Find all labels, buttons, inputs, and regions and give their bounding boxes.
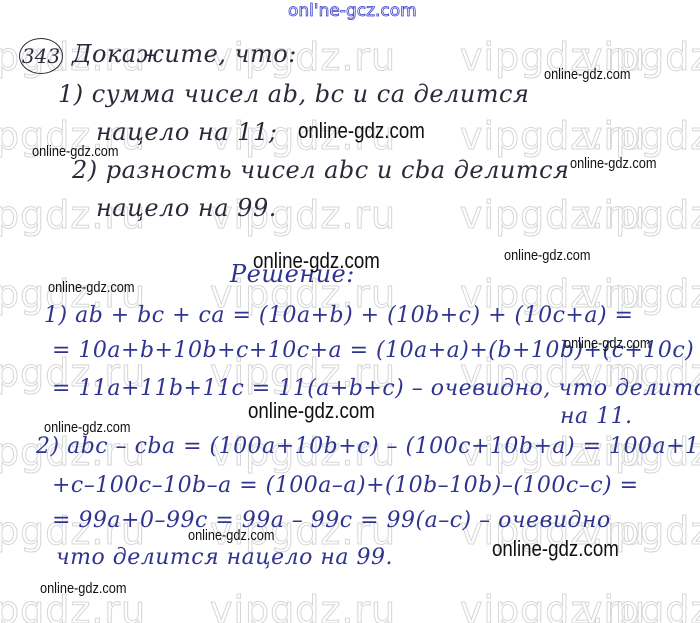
site-watermark: online-gdz.com (544, 67, 630, 82)
site-watermark: online-gdz.com (48, 280, 134, 295)
solution-line-5: 2) abc – cba = (100a+10b+c) – (100c+10b+… (36, 436, 700, 458)
problem-number-text: 343 (22, 44, 60, 68)
site-watermark: online-gdz.com (504, 248, 590, 263)
homework-page: vipgdz.ruvipgdz.ruvipgdz.ruvipgdz.ruvipg… (0, 0, 700, 623)
solution-line-4: на 11. (560, 406, 633, 428)
site-watermark: online-gdz.com (44, 420, 130, 435)
problem-item-2b: нацело на 99. (96, 196, 277, 220)
site-watermark: online-gdz.com (492, 538, 619, 560)
site-watermark: online-gdz.com (253, 250, 380, 272)
problem-item-1a: 1) сумма чисел ab, bc и ca делится (58, 82, 529, 106)
top-watermark: onl'ne-gcz.com (288, 3, 417, 20)
site-watermark: online-gdz.com (40, 581, 126, 596)
tile-watermark: vipgdz.ru (580, 117, 700, 155)
site-watermark: online-gdz.com (32, 144, 118, 159)
problem-item-2a: 2) разность чисел abc и cba делится (72, 158, 569, 182)
tile-watermark: vipgdz.ru (580, 591, 700, 623)
solution-line-8: что делится нацело на 99. (56, 547, 393, 569)
tile-watermark: vipgdz.ru (210, 591, 396, 623)
solution-line-6: +c–100c–10b–a = (100a–a)+(10b–10b)–(100c… (52, 475, 639, 497)
problem-number: 343 (19, 38, 63, 74)
solution-line-3: = 11a+11b+11c = 11(a+b+c) – очевидно, чт… (52, 378, 700, 400)
tile-watermark: vipgdz.ru (580, 196, 700, 234)
site-watermark: online-gdz.com (188, 528, 274, 543)
solution-line-1: 1) ab + bc + ca = (10a+b) + (10b+c) + (1… (44, 305, 633, 327)
site-watermark: online-gdz.com (248, 400, 375, 422)
site-watermark: online-gdz.com (570, 156, 656, 171)
problem-intro: Докажите, что: (72, 42, 297, 66)
solution-line-7: = 99a+0–99c = 99a – 99c = 99(a–c) – очев… (52, 510, 611, 532)
site-watermark: online-gdz.com (298, 120, 425, 142)
problem-item-1b: нацело на 11; (96, 120, 277, 144)
site-watermark: online-gdz.com (564, 336, 650, 351)
